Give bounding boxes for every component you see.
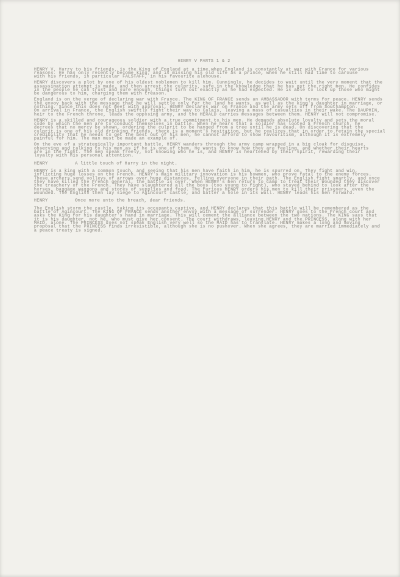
synopsis-paragraph: The English storm the castle, taking its… <box>34 206 374 232</box>
dialogue-line: HENRYA little touch of Harry in the nigh… <box>34 161 374 165</box>
quote-text: A little touch of Harry in the night. <box>75 161 177 166</box>
synopsis-paragraph: HENRY is a skilled and courageous soldie… <box>34 118 374 140</box>
synopsis-paragraph: HENRY is a king with a common touch, and… <box>34 169 374 195</box>
synopsis-paragraph: On the eve of a strategically important … <box>34 143 374 158</box>
paper-page: HENRY V PARTS 1 & 2 HENRY V, Harry to hi… <box>0 0 400 577</box>
synopsis-paragraph: HENRY discovers a plot by one of his old… <box>34 81 374 96</box>
page-title: HENRY V PARTS 1 & 2 <box>34 59 374 63</box>
synopsis-paragraph: England is on the verge of declaring war… <box>34 98 374 116</box>
quote-text: Once more unto the breach, dear friends. <box>75 198 186 203</box>
synopsis-paragraph: HENRY V, Harry to his friends, is the Ki… <box>34 67 374 78</box>
text-line: heir to the French throne, leads the opp… <box>34 112 374 116</box>
speaker-name: HENRY <box>34 199 75 203</box>
text-line: wounded. The English then lay siege to A… <box>34 191 374 195</box>
dialogue-line: HENRYOnce more unto the breach, dear fri… <box>34 199 374 203</box>
synopsis-body: HENRY V, Harry to his friends, is the Ki… <box>34 67 374 232</box>
speaker-name: HENRY <box>34 161 75 165</box>
text-block: HENRY V PARTS 1 & 2 HENRY V, Harry to hi… <box>34 59 374 234</box>
